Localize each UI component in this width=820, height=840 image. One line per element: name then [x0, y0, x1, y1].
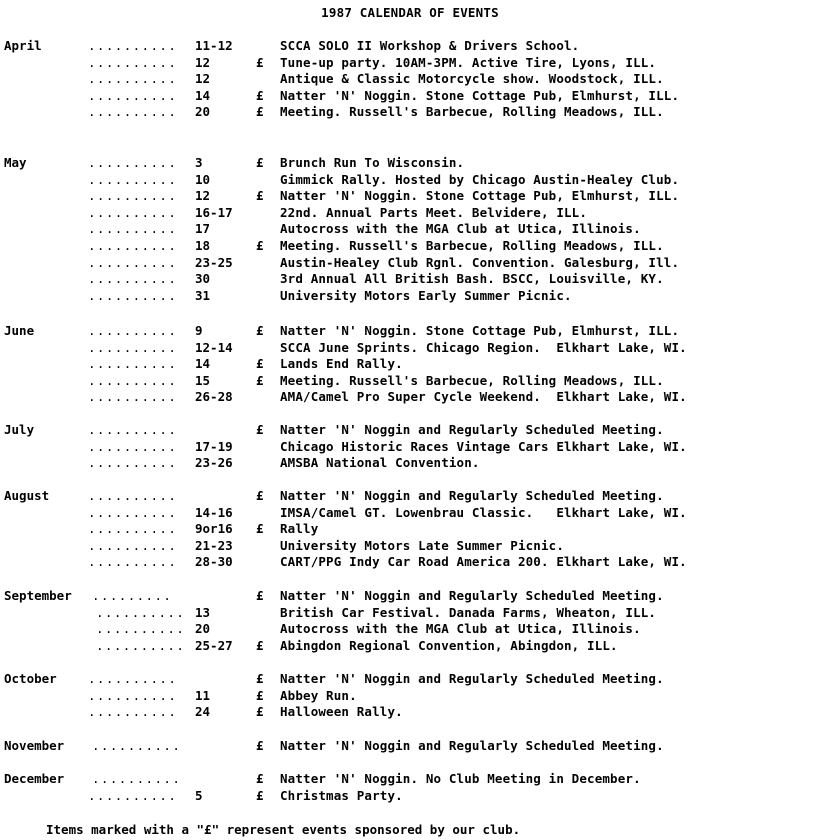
event-date: 11 [195, 688, 210, 704]
event-date: 10 [195, 172, 210, 188]
sponsor-mark-icon: £ [256, 788, 264, 804]
event-row: ..........12£Natter 'N' Noggin. Stone Co… [0, 188, 820, 204]
event-description: Natter 'N' Noggin and Regularly Schedule… [280, 588, 664, 604]
event-description: Natter 'N' Noggin and Regularly Schedule… [280, 422, 664, 438]
leader-dots: .......... [88, 71, 177, 87]
event-row: August..........£Natter 'N' Noggin and R… [0, 488, 820, 504]
event-date: 11-12 [195, 38, 233, 54]
event-row: ..........11£Abbey Run. [0, 688, 820, 704]
event-row: ..........12£Tune-up party. 10AM-3PM. Ac… [0, 55, 820, 71]
event-description: Lands End Rally. [280, 356, 403, 372]
event-date: 25-27 [195, 638, 233, 654]
event-description: SCCA June Sprints. Chicago Region. Elkha… [280, 340, 687, 356]
event-description: Natter 'N' Noggin. Stone Cottage Pub, El… [280, 188, 679, 204]
leader-dots: .......... [88, 288, 177, 304]
event-date: 23-26 [195, 455, 233, 471]
sponsor-mark-icon: £ [256, 671, 264, 687]
event-row: ..........26-28AMA/Camel Pro Super Cycle… [0, 389, 820, 405]
leader-dots: .......... [92, 771, 181, 787]
event-date: 3 [195, 155, 203, 171]
event-description: Natter 'N' Noggin and Regularly Schedule… [280, 488, 664, 504]
leader-dots: .......... [88, 55, 177, 71]
event-description: University Motors Late Summer Picnic. [280, 538, 564, 554]
sponsor-mark-icon: £ [256, 488, 264, 504]
event-date: 9or16 [195, 521, 233, 537]
event-description: Autocross with the MGA Club at Utica, Il… [280, 221, 641, 237]
event-description: AMSBA National Convention. [280, 455, 480, 471]
sponsor-mark-icon: £ [256, 738, 264, 754]
event-description: IMSA/Camel GT. Lowenbrau Classic. Elkhar… [280, 505, 687, 521]
event-description: 3rd Annual All British Bash. BSCC, Louis… [280, 271, 664, 287]
sponsor-mark-icon: £ [256, 238, 264, 254]
leader-dots: .......... [88, 688, 177, 704]
event-date: 15 [195, 373, 210, 389]
event-date: 9 [195, 323, 203, 339]
event-row: ..........12-14SCCA June Sprints. Chicag… [0, 340, 820, 356]
event-row: ..........14£Natter 'N' Noggin. Stone Co… [0, 88, 820, 104]
event-row: ..........17-19Chicago Historic Races Vi… [0, 439, 820, 455]
month-label: July [4, 422, 34, 438]
leader-dots: .......... [96, 621, 185, 637]
event-row: July..........£Natter 'N' Noggin and Reg… [0, 422, 820, 438]
leader-dots: .......... [88, 104, 177, 120]
event-date: 21-23 [195, 538, 233, 554]
event-date: 24 [195, 704, 210, 720]
event-description: Natter 'N' Noggin. Stone Cottage Pub, El… [280, 323, 679, 339]
leader-dots: .......... [88, 488, 177, 504]
sponsor-mark-icon: £ [256, 155, 264, 171]
leader-dots: .......... [88, 221, 177, 237]
event-description: Natter 'N' Noggin and Regularly Schedule… [280, 671, 664, 687]
sponsor-mark-icon: £ [256, 323, 264, 339]
event-description: 22nd. Annual Parts Meet. Belvidere, ILL. [280, 205, 587, 221]
month-label: May [4, 155, 27, 171]
leader-dots: .......... [88, 455, 177, 471]
event-row: May..........3£Brunch Run To Wisconsin. [0, 155, 820, 171]
event-row: ..........21-23University Motors Late Su… [0, 538, 820, 554]
sponsor-mark-icon: £ [256, 688, 264, 704]
event-row: ..........18£Meeting. Russell's Barbecue… [0, 238, 820, 254]
leader-dots: .......... [88, 188, 177, 204]
leader-dots: .......... [88, 172, 177, 188]
event-description: Natter 'N' Noggin. Stone Cottage Pub, El… [280, 88, 679, 104]
sponsor-mark-icon: £ [256, 771, 264, 787]
event-date: 31 [195, 288, 210, 304]
sponsor-mark-icon: £ [256, 188, 264, 204]
event-date: 12-14 [195, 340, 233, 356]
event-row: ..........17Autocross with the MGA Club … [0, 221, 820, 237]
event-description: Antique & Classic Motorcycle show. Woods… [280, 71, 664, 87]
event-row: ..........15£Meeting. Russell's Barbecue… [0, 373, 820, 389]
leader-dots: .......... [88, 323, 177, 339]
event-row: ..........14£Lands End Rally. [0, 356, 820, 372]
leader-dots: .......... [88, 788, 177, 804]
event-description: Rally [280, 521, 318, 537]
month-label: August [4, 488, 49, 504]
event-description: Gimmick Rally. Hosted by Chicago Austin-… [280, 172, 679, 188]
event-row: ..........16-1722nd. Annual Parts Meet. … [0, 205, 820, 221]
leader-dots: .......... [88, 271, 177, 287]
leader-dots: .......... [88, 505, 177, 521]
event-row: ..........13British Car Festival. Danada… [0, 605, 820, 621]
event-date: 12 [195, 188, 210, 204]
event-description: Chicago Historic Races Vintage Cars Elkh… [280, 439, 687, 455]
event-row: ..........5£Christmas Party. [0, 788, 820, 804]
leader-dots: .......... [88, 238, 177, 254]
event-description: Abbey Run. [280, 688, 357, 704]
event-row: ..........12Antique & Classic Motorcycle… [0, 71, 820, 87]
event-row: ..........9or16£Rally [0, 521, 820, 537]
leader-dots: .......... [88, 389, 177, 405]
event-row: ..........28-30CART/PPG Indy Car Road Am… [0, 554, 820, 570]
event-description: Brunch Run To Wisconsin. [280, 155, 464, 171]
leader-dots: .......... [88, 155, 177, 171]
event-row: ..........303rd Annual All British Bash.… [0, 271, 820, 287]
event-description: Meeting. Russell's Barbecue, Rolling Mea… [280, 238, 664, 254]
event-description: University Motors Early Summer Picnic. [280, 288, 572, 304]
event-date: 23-25 [195, 255, 233, 271]
event-description: Natter 'N' Noggin and Regularly Schedule… [280, 738, 664, 754]
sponsor-mark-icon: £ [256, 55, 264, 71]
event-date: 30 [195, 271, 210, 287]
month-label: October [4, 671, 57, 687]
event-row: ..........31University Motors Early Summ… [0, 288, 820, 304]
month-label: December [4, 771, 64, 787]
event-description: Tune-up party. 10AM-3PM. Active Tire, Ly… [280, 55, 656, 71]
event-description: Christmas Party. [280, 788, 403, 804]
event-row: ..........20£Meeting. Russell's Barbecue… [0, 104, 820, 120]
event-row: June..........9£Natter 'N' Noggin. Stone… [0, 323, 820, 339]
event-row: ..........23-25Austin-Healey Club Rgnl. … [0, 255, 820, 271]
leader-dots: ......... [92, 588, 172, 604]
leader-dots: .......... [88, 538, 177, 554]
event-description: Meeting. Russell's Barbecue, Rolling Mea… [280, 104, 664, 120]
leader-dots: .......... [88, 373, 177, 389]
event-date: 20 [195, 104, 210, 120]
footnote: Items marked with a "£" represent events… [46, 822, 520, 837]
leader-dots: .......... [88, 521, 177, 537]
event-description: SCCA SOLO II Workshop & Drivers School. [280, 38, 579, 54]
event-row: October..........£Natter 'N' Noggin and … [0, 671, 820, 687]
month-label: June [4, 323, 34, 339]
event-date: 17-19 [195, 439, 233, 455]
event-date: 26-28 [195, 389, 233, 405]
event-row: ..........23-26AMSBA National Convention… [0, 455, 820, 471]
month-label: November [4, 738, 64, 754]
leader-dots: .......... [88, 255, 177, 271]
sponsor-mark-icon: £ [256, 422, 264, 438]
leader-dots: .......... [88, 340, 177, 356]
leader-dots: .......... [88, 671, 177, 687]
leader-dots: .......... [96, 638, 185, 654]
month-label: September [4, 588, 72, 604]
sponsor-mark-icon: £ [256, 521, 264, 537]
sponsor-mark-icon: £ [256, 588, 264, 604]
event-description: Natter 'N' Noggin. No Club Meeting in De… [280, 771, 641, 787]
sponsor-mark-icon: £ [256, 88, 264, 104]
event-description: Halloween Rally. [280, 704, 403, 720]
event-row: ..........14-16IMSA/Camel GT. Lowenbrau … [0, 505, 820, 521]
leader-dots: .......... [88, 439, 177, 455]
leader-dots: .......... [96, 605, 185, 621]
event-description: Abingdon Regional Convention, Abingdon, … [280, 638, 618, 654]
event-description: Autocross with the MGA Club at Utica, Il… [280, 621, 641, 637]
event-date: 20 [195, 621, 210, 637]
sponsor-mark-icon: £ [256, 104, 264, 120]
event-row: ..........24£Halloween Rally. [0, 704, 820, 720]
month-label: April [4, 38, 42, 54]
event-description: CART/PPG Indy Car Road America 200. Elkh… [280, 554, 687, 570]
sponsor-mark-icon: £ [256, 704, 264, 720]
event-description: Austin-Healey Club Rgnl. Convention. Gal… [280, 255, 679, 271]
event-date: 14-16 [195, 505, 233, 521]
event-description: Meeting. Russell's Barbecue, Rolling Mea… [280, 373, 664, 389]
event-date: 12 [195, 55, 210, 71]
event-description: British Car Festival. Danada Farms, Whea… [280, 605, 656, 621]
event-row: ..........20Autocross with the MGA Club … [0, 621, 820, 637]
sponsor-mark-icon: £ [256, 373, 264, 389]
event-date: 18 [195, 238, 210, 254]
leader-dots: .......... [88, 422, 177, 438]
event-date: 17 [195, 221, 210, 237]
event-row: December..........£Natter 'N' Noggin. No… [0, 771, 820, 787]
event-row: ..........10Gimmick Rally. Hosted by Chi… [0, 172, 820, 188]
page-title: 1987 CALENDAR OF EVENTS [0, 5, 820, 20]
event-row: September.........£Natter 'N' Noggin and… [0, 588, 820, 604]
event-date: 13 [195, 605, 210, 621]
event-row: ..........25-27£Abingdon Regional Conven… [0, 638, 820, 654]
event-row: April..........11-12SCCA SOLO II Worksho… [0, 38, 820, 54]
event-description: AMA/Camel Pro Super Cycle Weekend. Elkha… [280, 389, 687, 405]
leader-dots: .......... [88, 356, 177, 372]
event-row: November..........£Natter 'N' Noggin and… [0, 738, 820, 754]
leader-dots: .......... [88, 38, 177, 54]
event-date: 14 [195, 356, 210, 372]
event-date: 16-17 [195, 205, 233, 221]
event-date: 5 [195, 788, 203, 804]
leader-dots: .......... [88, 554, 177, 570]
leader-dots: .......... [88, 205, 177, 221]
sponsor-mark-icon: £ [256, 356, 264, 372]
leader-dots: .......... [92, 738, 181, 754]
leader-dots: .......... [88, 88, 177, 104]
sponsor-mark-icon: £ [256, 638, 264, 654]
leader-dots: .......... [88, 704, 177, 720]
event-date: 28-30 [195, 554, 233, 570]
event-date: 12 [195, 71, 210, 87]
event-date: 14 [195, 88, 210, 104]
